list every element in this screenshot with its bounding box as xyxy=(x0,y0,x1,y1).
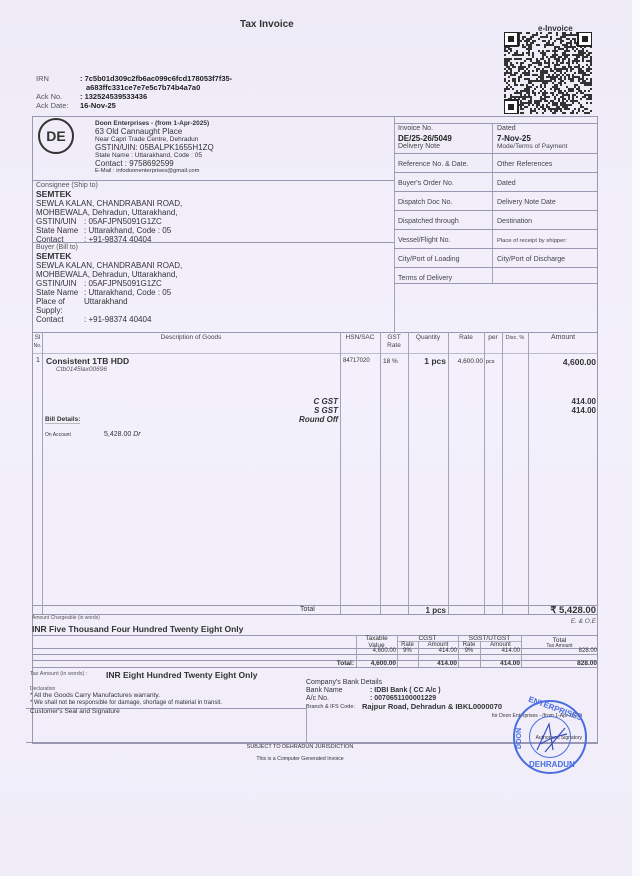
item-description: Consistent 1TB HDD xyxy=(46,356,129,366)
col-quantity: Quantity xyxy=(408,334,448,342)
bank-name-label: Bank Name xyxy=(306,687,343,694)
dated-label: Dated xyxy=(497,125,516,132)
buyers-order-dated-label: Dated xyxy=(497,180,516,187)
item-per: pcs xyxy=(486,359,495,365)
declaration-line-2: * We shall not be responsible for damage… xyxy=(30,700,222,706)
irn-block: IRN: 7c5b01d309c2fb6ac099c6fcd178053f7f3… xyxy=(36,74,232,110)
delivery-note-label: Delivery Note xyxy=(398,143,440,150)
destination-label: Destination xyxy=(497,218,532,225)
consignee-address-1: SEWLA KALAN, CHANDRABANI ROAD, xyxy=(36,199,182,208)
ack-no-label: Ack No. xyxy=(36,92,80,101)
item-amount: 4,600.00 xyxy=(528,357,596,367)
seller-address-1: 63 Old Cannaught Place xyxy=(95,128,214,137)
account-number-value: : 0070651100001229 xyxy=(370,695,436,702)
customer-seal-label: Customer's Seal and Signature xyxy=(30,708,120,715)
ack-no-value: : 132524539533436 xyxy=(80,92,147,101)
buyer-address-1: SEWLA KALAN, CHANDRABANI ROAD, xyxy=(36,261,182,270)
col-rate: Rate xyxy=(448,334,484,342)
sgst-header: SGST/UTGST xyxy=(458,635,521,642)
total-quantity: 1 pcs xyxy=(408,606,446,615)
sgst-amount: 414.00 xyxy=(528,406,596,415)
qr-code-icon xyxy=(504,32,592,114)
col-hsn: HSN/SAC xyxy=(340,334,380,342)
cgst-label: C GST xyxy=(250,397,338,406)
consignee-gstin: : 05AFJPN5091G1ZC xyxy=(84,217,162,226)
irn-value-cont: a683ffc331ce7e7e5c7b74b4a7a0 xyxy=(80,83,200,92)
tax-words-value: INR Eight Hundred Twenty Eight Only xyxy=(106,670,257,680)
delivery-note-date-label: Delivery Note Date xyxy=(497,199,556,206)
buyer-name: SEMTEK xyxy=(36,252,182,261)
seller-contact: Contact : 9758692599 xyxy=(95,160,214,169)
cgst-amount: 414.00 xyxy=(528,397,596,406)
branch-value: Rajpur Road, Dehradun & IBKL0000070 xyxy=(362,702,502,711)
seller-gstin: GSTIN/UIN: 05BALPK1655H1ZQ xyxy=(95,144,214,153)
buyer-state: : Uttarakhand, Code : 05 xyxy=(84,288,171,297)
invoice-page: Tax Invoice e-Invoice IRN: 7c5b01d309c2f… xyxy=(0,0,632,876)
bank-name-value: : IDBI Bank ( CC A/c ) xyxy=(370,687,441,694)
amount-words-value: INR Five Thousand Four Hundred Twenty Ei… xyxy=(32,624,243,634)
port-discharge-label: City/Port of Discharge xyxy=(497,256,565,263)
eoe-label: E. & O.E xyxy=(530,618,596,625)
on-account-label: On Account xyxy=(45,432,71,438)
buyer-address-2: MOHBEWALA, Dehradun, Uttarakhand, xyxy=(36,270,182,279)
consignee-name: SEMTEK xyxy=(36,190,182,199)
col-sl: SlNo. xyxy=(33,334,42,350)
place-receipt-label: Place of receipt by shipper: xyxy=(497,238,567,244)
buyer-contact: : +91-98374 40404 xyxy=(84,315,151,324)
cgst-header: CGST xyxy=(397,635,458,642)
signature-icon xyxy=(535,720,569,756)
buyers-order-label: Buyer's Order No. xyxy=(398,180,454,187)
seller-details: Doon Enterprises - (from 1-Apr-2025) 63 … xyxy=(95,120,214,176)
company-stamp: ENTERPRISES DEHRADUN DOON xyxy=(513,700,587,774)
bill-details-label: Bill Details: xyxy=(45,416,80,424)
consignee-details: Consignee (Ship to) SEMTEK SEWLA KALAN, … xyxy=(36,181,182,244)
item-hsn: 84717020 xyxy=(343,358,370,364)
col-gst-rate: GSTRate xyxy=(380,334,408,350)
total-amount: ₹ 5,428.00 xyxy=(528,605,596,616)
ack-date-label: Ack Date: xyxy=(36,101,80,110)
company-logo: DE xyxy=(38,118,74,154)
terms-delivery-label: Terms of Delivery xyxy=(398,275,452,282)
irn-label: IRN xyxy=(36,74,80,83)
tax-amounts: 414.00 414.00 xyxy=(528,397,596,415)
tax-labels: C GST S GST Round Off xyxy=(250,397,338,424)
reference-label: Reference No. & Date. xyxy=(398,161,468,168)
ack-date-value: 16-Nov-25 xyxy=(80,101,116,110)
other-references-label: Other References xyxy=(497,161,552,168)
buyer-gstin: : 05AFJPN5091G1ZC xyxy=(84,279,162,288)
item-sl: 1 xyxy=(36,357,40,364)
jurisdiction-text: SUBJECT TO DEHRADUN JURISDICTION xyxy=(0,744,600,750)
invoice-no-label: Invoice No. xyxy=(398,125,433,132)
bank-header: Company's Bank Details xyxy=(306,679,382,686)
declaration-line-1: * All the Goods Carry Manufactures warra… xyxy=(30,692,160,699)
tax-words-label: Tax Amount (in words) : xyxy=(30,671,87,677)
port-loading-label: City/Port of Loading xyxy=(398,256,459,263)
invoice-no-value: DE/25-26/5049 xyxy=(398,134,452,143)
seller-email: E-Mail : infodoonenterprises@gmail.com xyxy=(95,168,214,176)
col-per: per xyxy=(484,334,502,342)
buyer-place-of-supply: Uttarakhand xyxy=(84,297,128,315)
col-disc: Disc. % xyxy=(502,334,528,342)
vessel-label: Vessel/Flight No. xyxy=(398,237,451,244)
dispatched-through-label: Dispatched through xyxy=(398,218,459,225)
item-serial: Ctb0145lax00696 xyxy=(56,366,107,373)
mode-terms-label: Mode/Terms of Payment xyxy=(497,143,567,150)
buyer-details: Buyer (Bill to) SEMTEK SEWLA KALAN, CHAN… xyxy=(36,243,182,324)
computer-generated-text: This is a Computer Generated Invoice xyxy=(0,756,600,762)
account-number-label: A/c No. xyxy=(306,695,329,702)
total-label: Total xyxy=(300,606,315,613)
col-amount: Amount xyxy=(528,334,598,342)
item-quantity: 1 pcs xyxy=(408,356,446,366)
invoice-date-value: 7-Nov-25 xyxy=(497,134,531,143)
dispatch-doc-label: Dispatch Doc No. xyxy=(398,199,452,206)
consignee-address-2: MOHBEWALA, Dehradun, Uttarakhand, xyxy=(36,208,182,217)
round-off-label: Round Off xyxy=(250,415,338,424)
amount-words-label: Amount Chargeable (in words) xyxy=(32,615,100,621)
on-account-value: 5,428.00 Dr xyxy=(104,431,141,438)
sgst-label: S GST xyxy=(250,406,338,415)
branch-label: Branch & IFS Code: xyxy=(306,704,355,710)
col-description: Description of Goods xyxy=(42,334,340,342)
consignee-state: : Uttarakhand, Code : 05 xyxy=(84,226,171,235)
document-title: Tax Invoice xyxy=(240,19,294,30)
irn-value: : 7c5b01d309c2fb6ac099c6fcd178053f7f35- xyxy=(80,74,232,83)
item-rate: 4,600.00 xyxy=(448,358,483,365)
item-gst-rate: 18 % xyxy=(383,358,398,365)
